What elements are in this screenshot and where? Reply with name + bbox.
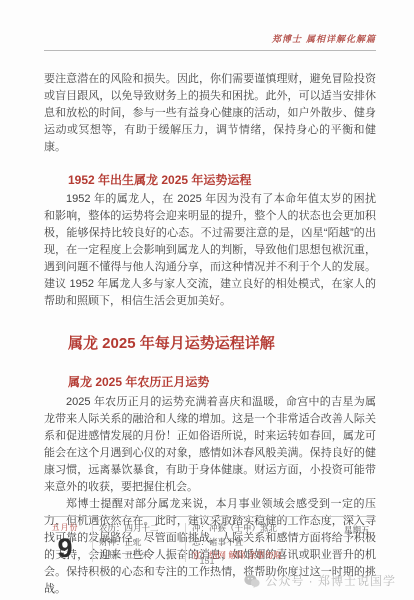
- almanac-avoid: 忌：诸事不宜: [192, 536, 330, 550]
- almanac-month-label: 五月份: [44, 522, 86, 533]
- heading-first-lunar-month: 属龙 2025 年农历正月运势: [44, 373, 376, 390]
- paragraph-first-month-fortune: 2025 年农历正月的运势充满着喜庆和温暖，命宫中的吉星为属龙带来人际关系的融洽…: [44, 394, 376, 496]
- almanac-lunar-date: 农历：四月十二: [99, 522, 179, 536]
- watermark-text: 公众号 · 郑博士说国学: [265, 572, 396, 589]
- heading-monthly-fortune: 属龙 2025 年每月运势运程详解: [44, 332, 376, 353]
- almanac-wealth-god: 财神：正北: [99, 536, 179, 550]
- wechat-icon: [244, 574, 260, 588]
- book-page: 郑博士 属相详解化解篇 要注意潜在的风险和损失。因此，你们需要谨慎理财，避免冒险…: [0, 0, 414, 600]
- almanac-clash: 冲：冲猴（壬申）煞北: [192, 522, 330, 536]
- header-rule: [44, 50, 376, 51]
- heading-1952-fortune: 1952 年出生属龙 2025 年运势运程: [44, 171, 376, 188]
- running-header: 郑博士 属相详解化解篇: [44, 32, 376, 45]
- watermark: 公众号 · 郑博士说国学: [244, 572, 396, 589]
- paragraph-1952-fortune: 1952 年的属龙人，在 2025 年因为没有了本命年值太岁的困扰和影响，整体的…: [44, 191, 376, 310]
- paragraph-risk-advice: 要注意潜在的风险和损失。因此，你们需要谨慎理财，避免冒险投资或盲目跟风，以免导致…: [44, 71, 376, 156]
- page-number: 151: [0, 556, 414, 566]
